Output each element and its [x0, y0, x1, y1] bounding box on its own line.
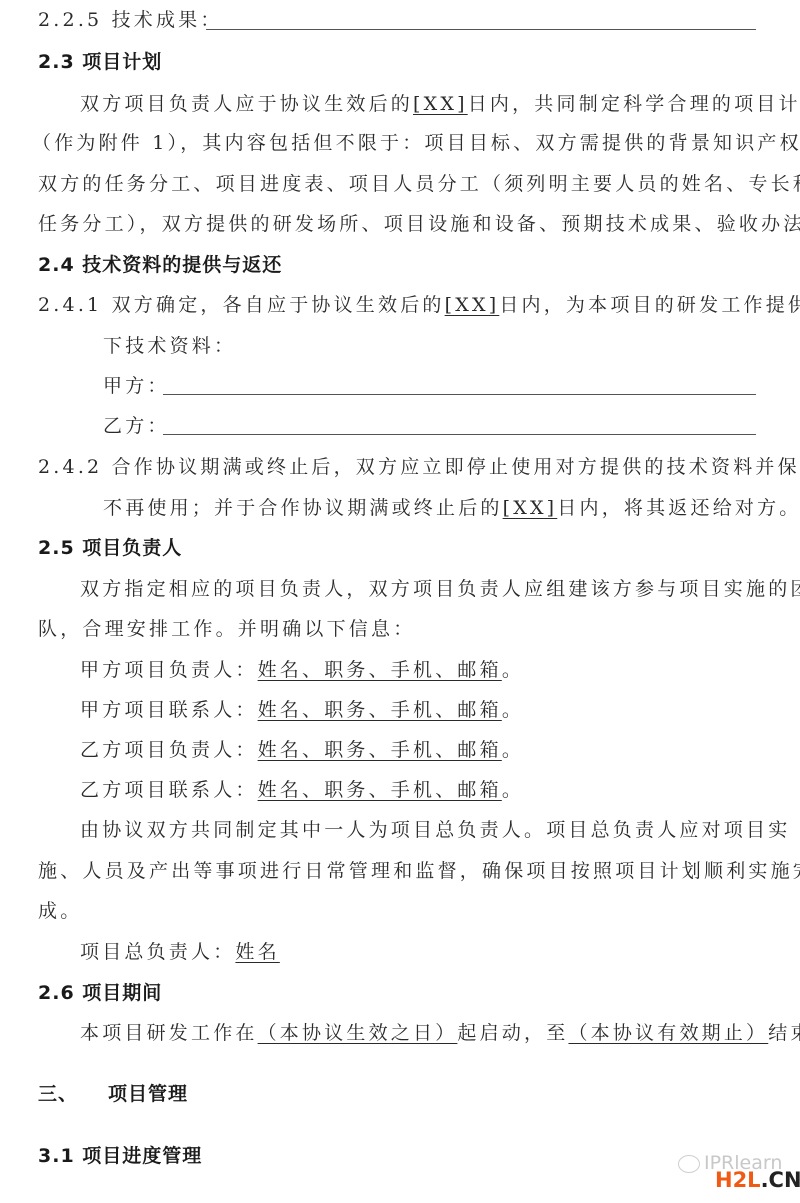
- text: 日内，将其返还给对方。: [557, 497, 800, 519]
- days-placeholder: [XX]: [503, 497, 558, 519]
- section-2-3-line-2: （作为附件 1），其内容包括但不限于：项目目标、双方需提供的背景知识产权、: [32, 131, 800, 155]
- site-logo-part-a: H2L: [715, 1168, 761, 1192]
- party-b-blank-line: [163, 434, 756, 435]
- section-2-5-para-3: 成。: [38, 899, 82, 923]
- section-2-5-intro-2: 队，合理安排工作。并明确以下信息：: [38, 617, 415, 641]
- text: 。: [502, 699, 524, 721]
- contact-label: 乙方项目联系人：: [80, 779, 258, 801]
- section-2-6-body: 本项目研发工作在（本协议生效之日）起启动，至（本协议有效期止）结束。: [80, 1021, 800, 1045]
- text: 日内，共同制定科学合理的项目计划: [468, 93, 800, 115]
- clause-2-4-1-line-1: 2.4.1 双方确定，各自应于协议生效后的[XX]日内，为本项目的研发工作提供如: [38, 293, 800, 317]
- contact-value: 姓名、职务、手机、邮箱: [258, 739, 502, 761]
- clause-2-2-5-label: 2.2.5 技术成果：: [38, 8, 223, 32]
- clause-number: 2.4.2: [38, 456, 102, 478]
- section-2-5-para-2: 施、人员及产出等事项进行日常管理和监督，确保项目按照项目计划顺利实施完: [38, 859, 800, 883]
- text: 日内，为本项目的研发工作提供如: [499, 294, 800, 316]
- party-b-label: 乙方：: [103, 414, 170, 438]
- contact-label: 乙方项目负责人：: [80, 739, 258, 761]
- site-logo-watermark: H2L.CN: [715, 1168, 800, 1192]
- contact-value: 姓名、职务、手机、邮箱: [258, 659, 502, 681]
- site-logo-part-b: .CN: [761, 1168, 800, 1192]
- contact-label: 甲方项目联系人：: [80, 699, 258, 721]
- clause-2-4-2-line-1: 2.4.2 合作协议期满或终止后，双方应立即停止使用对方提供的技术资料并保证: [38, 455, 800, 479]
- contact-row: 甲方项目负责人：姓名、职务、手机、邮箱。: [80, 658, 524, 682]
- text: 结束。: [768, 1022, 800, 1044]
- contact-value: 姓名、职务、手机、邮箱: [258, 779, 502, 801]
- section-2-5-intro-1: 双方指定相应的项目负责人，双方项目负责人应组建该方参与项目实施的团: [80, 577, 800, 601]
- text: 双方确定，各自应于协议生效后的: [112, 294, 445, 316]
- section-2-3-line-4: 任务分工），双方提供的研发场所、项目设施和设备、预期技术成果、验收办法。: [38, 212, 800, 236]
- section-2-4-heading: 2.4 技术资料的提供与返还: [38, 253, 282, 277]
- end-date-value: （本协议有效期止）: [568, 1022, 768, 1044]
- chapter-number: 三、: [38, 1083, 78, 1105]
- chapter-3-heading: 三、项目管理: [38, 1082, 188, 1106]
- clause-number: 2.4.1: [38, 294, 102, 316]
- contact-row: 甲方项目联系人：姓名、职务、手机、邮箱。: [80, 698, 524, 722]
- section-2-5-para-1: 由协议双方共同制定其中一人为项目总负责人。项目总负责人应对项目实: [80, 818, 790, 842]
- project-lead-row: 项目总负责人：姓名: [80, 940, 280, 964]
- clause-2-2-5-blank-line: [206, 29, 756, 30]
- party-a-label: 甲方：: [103, 374, 170, 398]
- section-2-5-heading: 2.5 项目负责人: [38, 536, 182, 560]
- text: 。: [502, 779, 524, 801]
- days-placeholder: [XX]: [413, 93, 468, 115]
- contact-value: 姓名、职务、手机、邮箱: [258, 699, 502, 721]
- contact-row: 乙方项目负责人：姓名、职务、手机、邮箱。: [80, 738, 524, 762]
- section-2-3-heading: 2.3 项目计划: [38, 50, 162, 74]
- text: 本项目研发工作在: [80, 1022, 258, 1044]
- project-lead-value: 姓名: [235, 941, 279, 963]
- text: 。: [502, 739, 524, 761]
- text: 不再使用；并于合作协议期满或终止后的: [103, 497, 503, 519]
- contact-row: 乙方项目联系人：姓名、职务、手机、邮箱。: [80, 778, 524, 802]
- contact-label: 甲方项目负责人：: [80, 659, 258, 681]
- wechat-icon: [678, 1155, 700, 1173]
- days-placeholder: [XX]: [445, 294, 500, 316]
- clause-2-4-1-line-2: 下技术资料：: [103, 334, 236, 358]
- start-date-value: （本协议生效之日）: [258, 1022, 458, 1044]
- clause-2-4-2-line-2: 不再使用；并于合作协议期满或终止后的[XX]日内，将其返还给对方。: [103, 496, 800, 520]
- chapter-title: 项目管理: [108, 1083, 188, 1105]
- project-lead-label: 项目总负责人：: [80, 941, 235, 963]
- section-2-3-line-1: 双方项目负责人应于协议生效后的[XX]日内，共同制定科学合理的项目计划: [80, 92, 800, 116]
- party-a-blank-line: [163, 394, 756, 395]
- text: 起启动，至: [457, 1022, 568, 1044]
- text: 双方项目负责人应于协议生效后的: [80, 93, 413, 115]
- section-3-1-heading: 3.1 项目进度管理: [38, 1144, 202, 1168]
- text: 合作协议期满或终止后，双方应立即停止使用对方提供的技术资料并保证: [112, 456, 800, 478]
- text: 。: [502, 659, 524, 681]
- section-2-6-heading: 2.6 项目期间: [38, 981, 162, 1005]
- section-2-3-line-3: 双方的任务分工、项目进度表、项目人员分工（须列明主要人员的姓名、专长和: [38, 172, 800, 196]
